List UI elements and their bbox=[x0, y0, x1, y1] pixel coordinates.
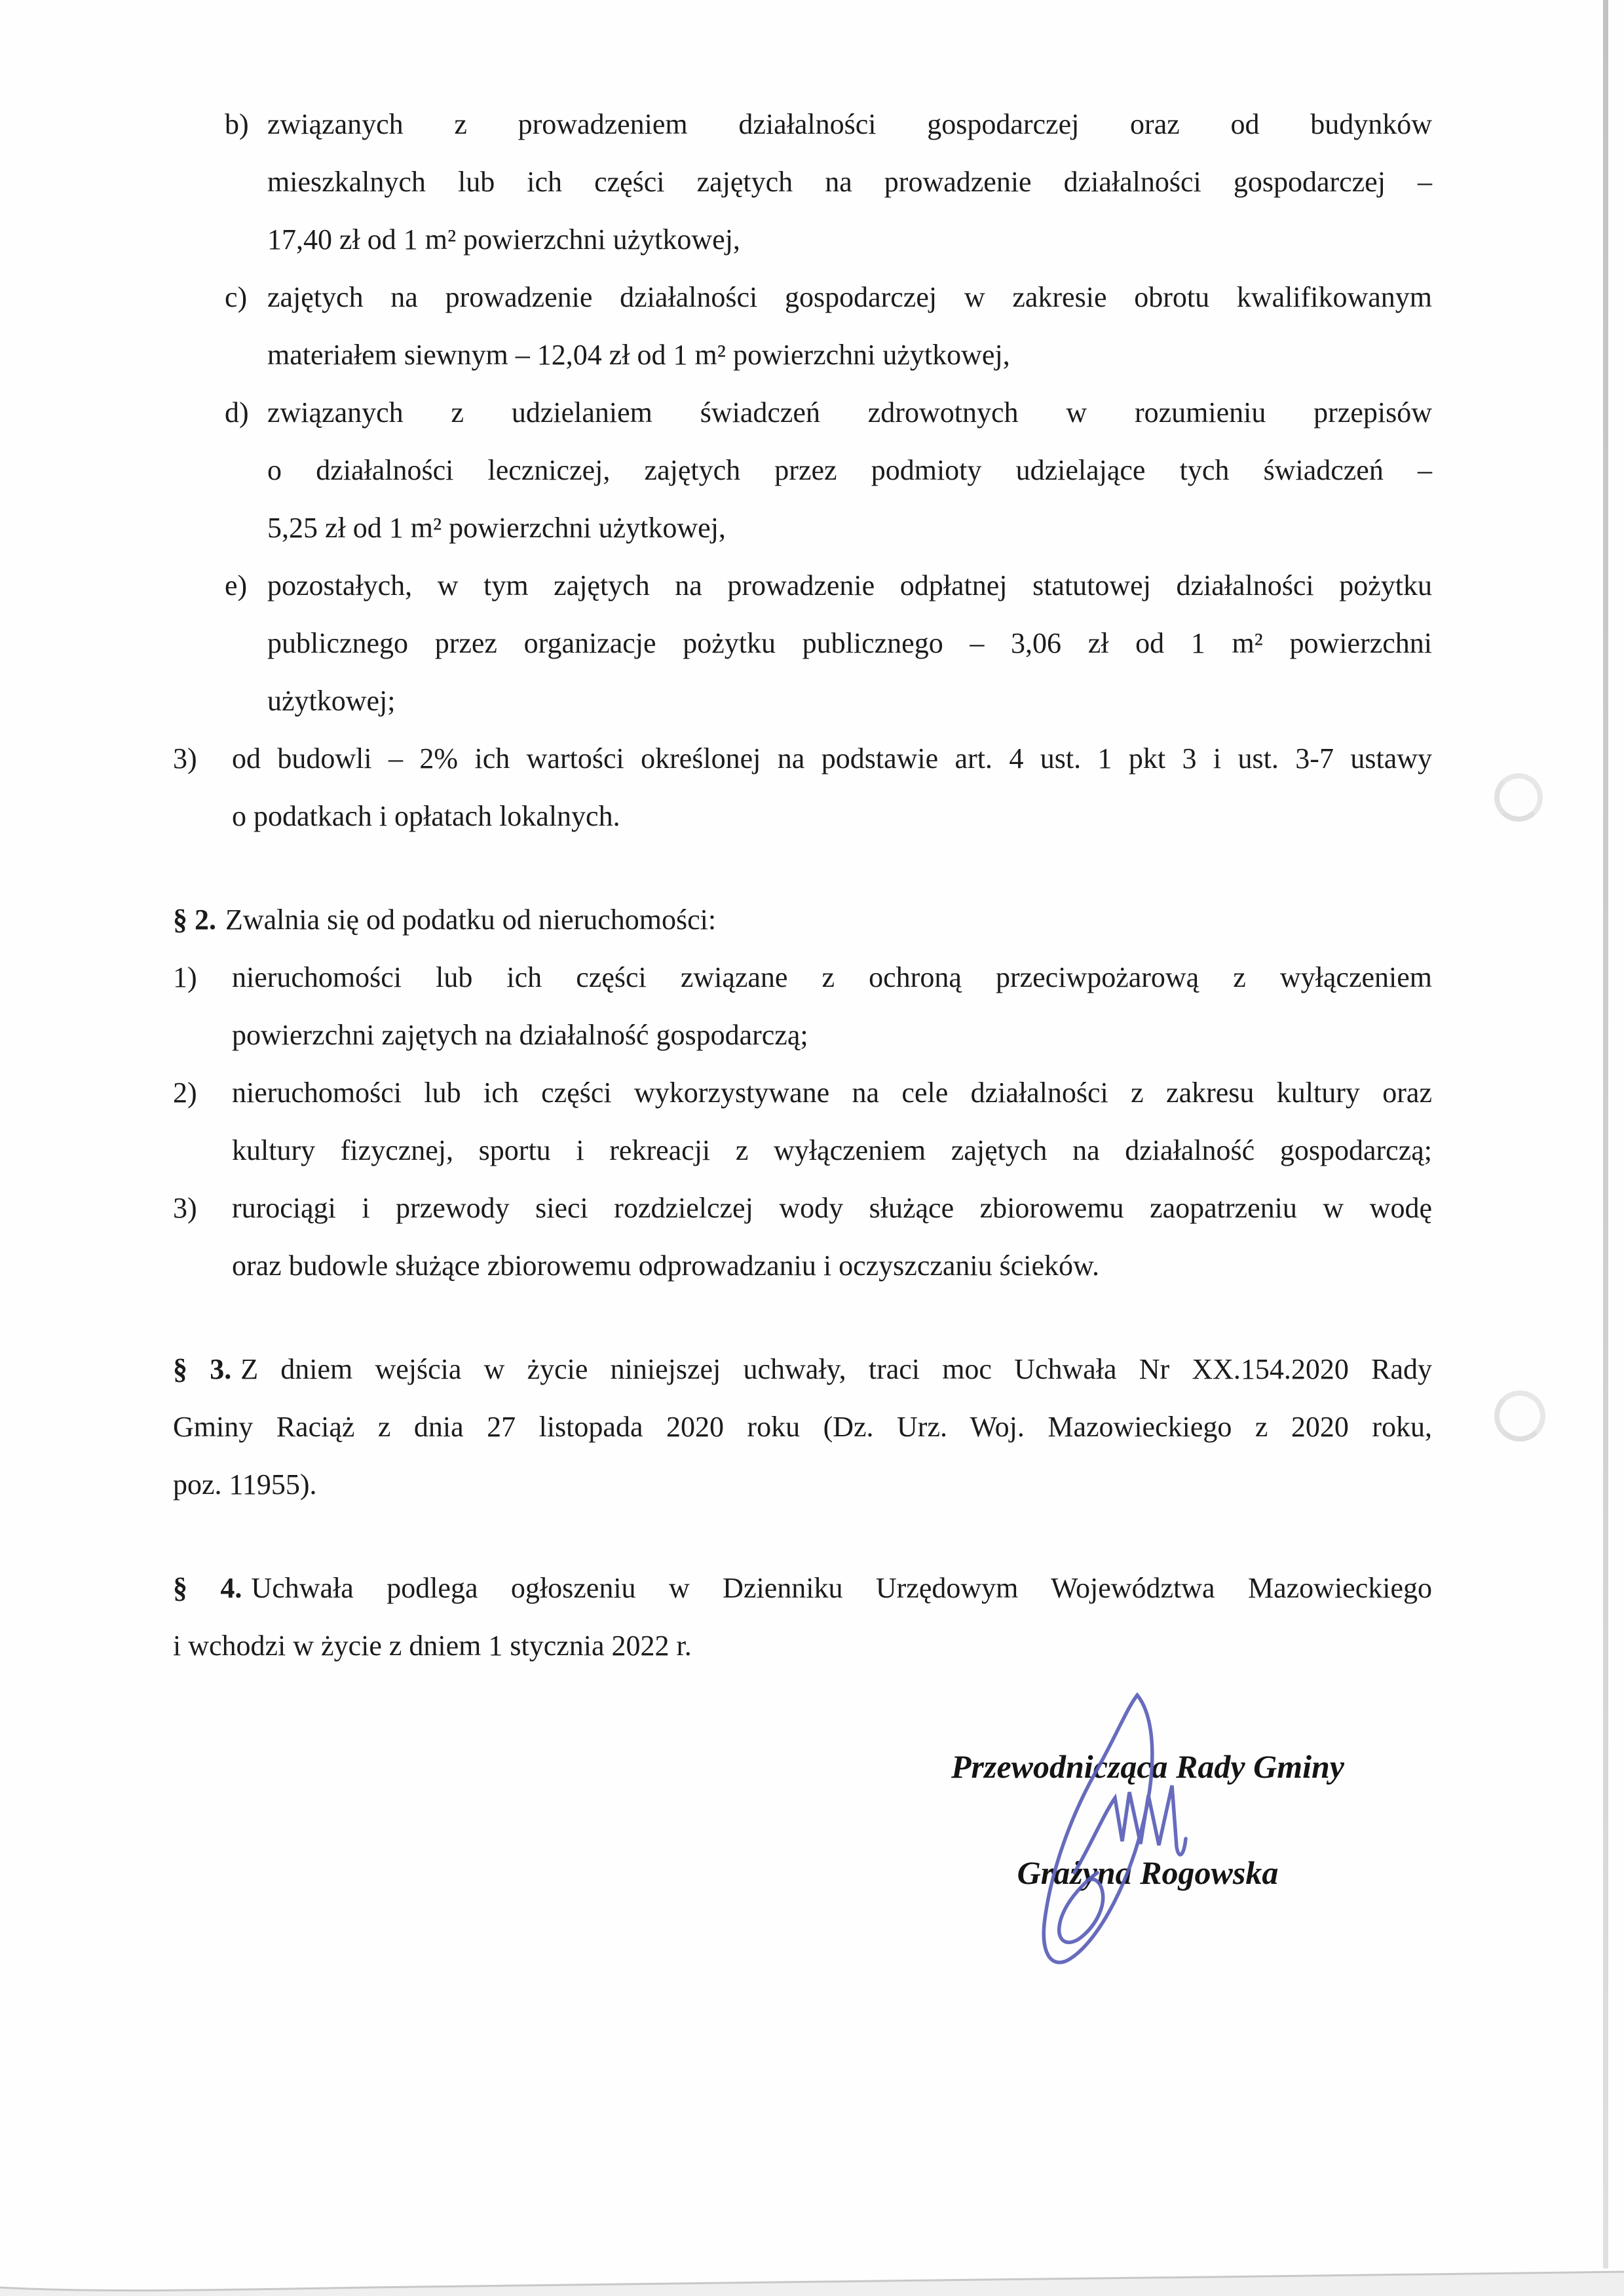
scan-fold-line bbox=[1603, 0, 1608, 2268]
handwritten-signature-ink bbox=[1019, 1676, 1215, 1984]
par2-item-1-text: nieruchomości lub ich części związane z … bbox=[232, 961, 1432, 993]
list-item-b-line: 17,40 zł od 1 m² powierzchni użytkowej, bbox=[225, 211, 1432, 269]
paragraph-3-marker: § 3. bbox=[173, 1353, 231, 1385]
scanned-page: b)związanych z prowadzeniem działalności… bbox=[0, 0, 1624, 2296]
list-item-d-line: d)związanych z udzielaniem świadczeń zdr… bbox=[225, 384, 1432, 442]
list-item-b-line: mieszkalnych lub ich części zajętych na … bbox=[225, 153, 1432, 211]
list-marker-d: d) bbox=[225, 384, 249, 442]
paragraph-3-line: Gminy Raciąż z dnia 27 listopada 2020 ro… bbox=[173, 1398, 1432, 1456]
par2-item-2-line: kultury fizycznej, sportu i rekreacji z … bbox=[173, 1122, 1432, 1179]
list-item-3-line: 3)od budowli – 2% ich wartości określone… bbox=[173, 730, 1432, 788]
par2-item-3-line: oraz budowle służące zbiorowemu odprowad… bbox=[173, 1237, 1432, 1295]
paragraph-3-text: Z dniem wejścia w życie niniejszej uchwa… bbox=[240, 1353, 1432, 1385]
signature-title: Przewodnicząca Rady Gminy bbox=[918, 1747, 1377, 1786]
par2-item-1-line: 1)nieruchomości lub ich części związane … bbox=[173, 949, 1432, 1006]
list-item-d-line: o działalności leczniczej, zajętych prze… bbox=[225, 442, 1432, 499]
par2-marker-1: 1) bbox=[173, 949, 197, 1006]
paragraph-4-line: i wchodzi w życie z dniem 1 stycznia 202… bbox=[173, 1617, 1432, 1675]
list-item-e-line: użytkowej; bbox=[225, 672, 1432, 730]
list-item-3-line: o podatkach i opłatach lokalnych. bbox=[173, 788, 1432, 845]
paragraph-2-text: Zwalnia się od podatku od nieruchomości: bbox=[225, 904, 716, 936]
list-item-d-text: związanych z udzielaniem świadczeń zdrow… bbox=[267, 396, 1432, 429]
par2-marker-3: 3) bbox=[173, 1179, 197, 1237]
par2-item-3-line: 3)rurociągi i przewody sieci rozdzielcze… bbox=[173, 1179, 1432, 1237]
list-item-e-text: pozostałych, w tym zajętych na prowadzen… bbox=[267, 569, 1432, 602]
par2-item-1-line: powierzchni zajętych na działalność gosp… bbox=[173, 1006, 1432, 1064]
list-item-c-text: zajętych na prowadzenie działalności gos… bbox=[267, 281, 1432, 313]
paragraph-3-line: poz. 11955). bbox=[173, 1456, 1432, 1514]
list-marker-c: c) bbox=[225, 269, 247, 326]
list-item-e-line: publicznego przez organizacje pożytku pu… bbox=[225, 615, 1432, 672]
par2-item-2-text: nieruchomości lub ich części wykorzystyw… bbox=[232, 1077, 1432, 1109]
paragraph-4-line: § 4.Uchwała podlega ogłoszeniu w Dzienni… bbox=[173, 1559, 1432, 1617]
list-item-3-text: od budowli – 2% ich wartości określonej … bbox=[232, 742, 1432, 775]
hole-punch-mark-bottom bbox=[1494, 1390, 1545, 1442]
document-body: b)związanych z prowadzeniem działalności… bbox=[173, 96, 1432, 1675]
list-item-c-line: materiałem siewnym – 12,04 zł od 1 m² po… bbox=[225, 326, 1432, 384]
paragraph-4-text: Uchwała podlega ogłoszeniu w Dzienniku U… bbox=[251, 1572, 1432, 1604]
paper-bottom-edge bbox=[0, 2264, 1624, 2296]
paragraph-2-marker: § 2. bbox=[173, 904, 216, 936]
list-item-e-line: e)pozostałych, w tym zajętych na prowadz… bbox=[225, 557, 1432, 615]
list-item-b-text: związanych z prowadzeniem działalności g… bbox=[267, 108, 1432, 140]
list-marker-b: b) bbox=[225, 96, 249, 153]
par2-item-2-line: 2)nieruchomości lub ich części wykorzyst… bbox=[173, 1064, 1432, 1122]
list-marker-e: e) bbox=[225, 557, 247, 615]
list-item-c-line: c)zajętych na prowadzenie działalności g… bbox=[225, 269, 1432, 326]
par2-item-3-text: rurociągi i przewody sieci rozdzielczej … bbox=[232, 1192, 1432, 1224]
paragraph-3-line: § 3.Z dniem wejścia w życie niniejszej u… bbox=[173, 1341, 1432, 1398]
hole-punch-mark-top bbox=[1494, 773, 1543, 822]
list-item-b-line: b)związanych z prowadzeniem działalności… bbox=[225, 96, 1432, 153]
list-marker-3: 3) bbox=[173, 730, 197, 788]
par2-marker-2: 2) bbox=[173, 1064, 197, 1122]
list-item-d-line: 5,25 zł od 1 m² powierzchni użytkowej, bbox=[225, 499, 1432, 557]
signature-name: Grażyna Rogowska bbox=[918, 1853, 1377, 1892]
paragraph-2-heading: § 2.Zwalnia się od podatku od nieruchomo… bbox=[173, 891, 1432, 949]
paragraph-4-marker: § 4. bbox=[173, 1572, 242, 1604]
